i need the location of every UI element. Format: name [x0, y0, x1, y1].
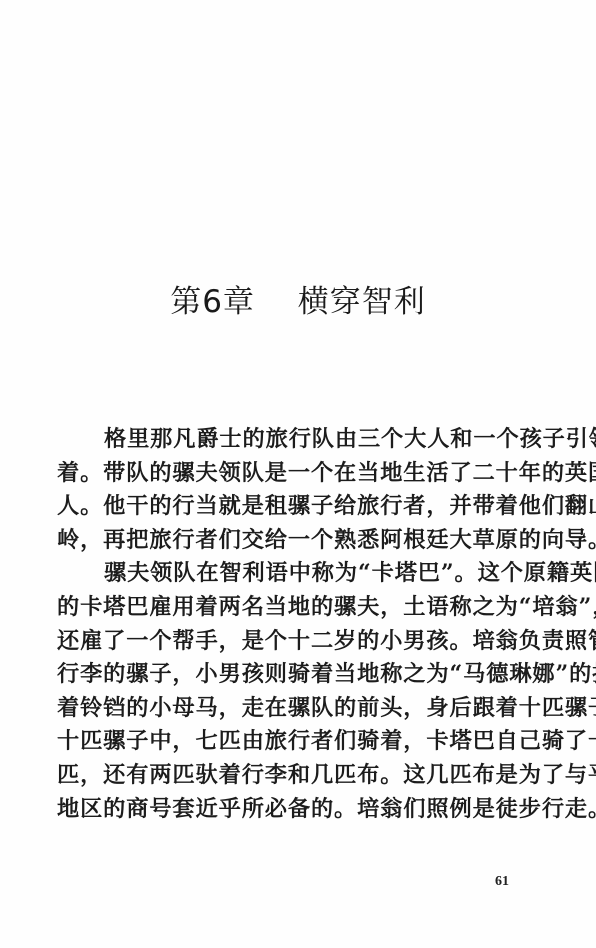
text-line: 骡夫领队在智利语中称为“卡塔巴”。这个原籍英国	[57, 557, 531, 591]
text-line: 着。带队的骡夫领队是一个在当地生活了二十年的英国	[57, 457, 531, 491]
text-line: 还雇了一个帮手，是个十二岁的小男孩。培翁负责照管驮	[57, 625, 531, 659]
text-line: 人。他干的行当就是租骡子给旅行者，并带着他们翻山越	[57, 490, 531, 524]
chapter-title: 第6章 横穿智利	[0, 282, 596, 322]
text-line: 格里那凡爵士的旅行队由三个大人和一个孩子引领	[57, 423, 531, 457]
text-line: 的卡塔巴雇用着两名当地的骡夫，土语称之为“培翁”，	[57, 591, 531, 625]
text-line: 匹，还有两匹驮着行李和几匹布。这几匹布是为了与平原	[57, 759, 531, 793]
paragraph-1: 格里那凡爵士的旅行队由三个大人和一个孩子引领 着。带队的骡夫领队是一个在当地生活…	[57, 423, 531, 557]
paragraph-2: 骡夫领队在智利语中称为“卡塔巴”。这个原籍英国 的卡塔巴雇用着两名当地的骡夫，土…	[57, 557, 531, 826]
text-line: 十匹骡子中，七匹由旅行者们骑着，卡塔巴自己骑了一	[57, 725, 531, 759]
text-line: 行李的骡子，小男孩则骑着当地称之为“马德琳娜”的挂	[57, 658, 531, 692]
text-line: 岭，再把旅行者们交给一个熟悉阿根廷大草原的向导。	[57, 524, 531, 558]
body-text: 格里那凡爵士的旅行队由三个大人和一个孩子引领 着。带队的骡夫领队是一个在当地生活…	[57, 423, 531, 826]
text-line: 着铃铛的小母马，走在骡队的前头，身后跟着十匹骡子。	[57, 692, 531, 726]
page-number: 61	[495, 874, 509, 890]
book-page: 第6章 横穿智利 格里那凡爵士的旅行队由三个大人和一个孩子引领 着。带队的骡夫领…	[0, 0, 596, 948]
text-line: 地区的商号套近乎所必备的。培翁们照例是徒步行走。有	[57, 793, 531, 827]
